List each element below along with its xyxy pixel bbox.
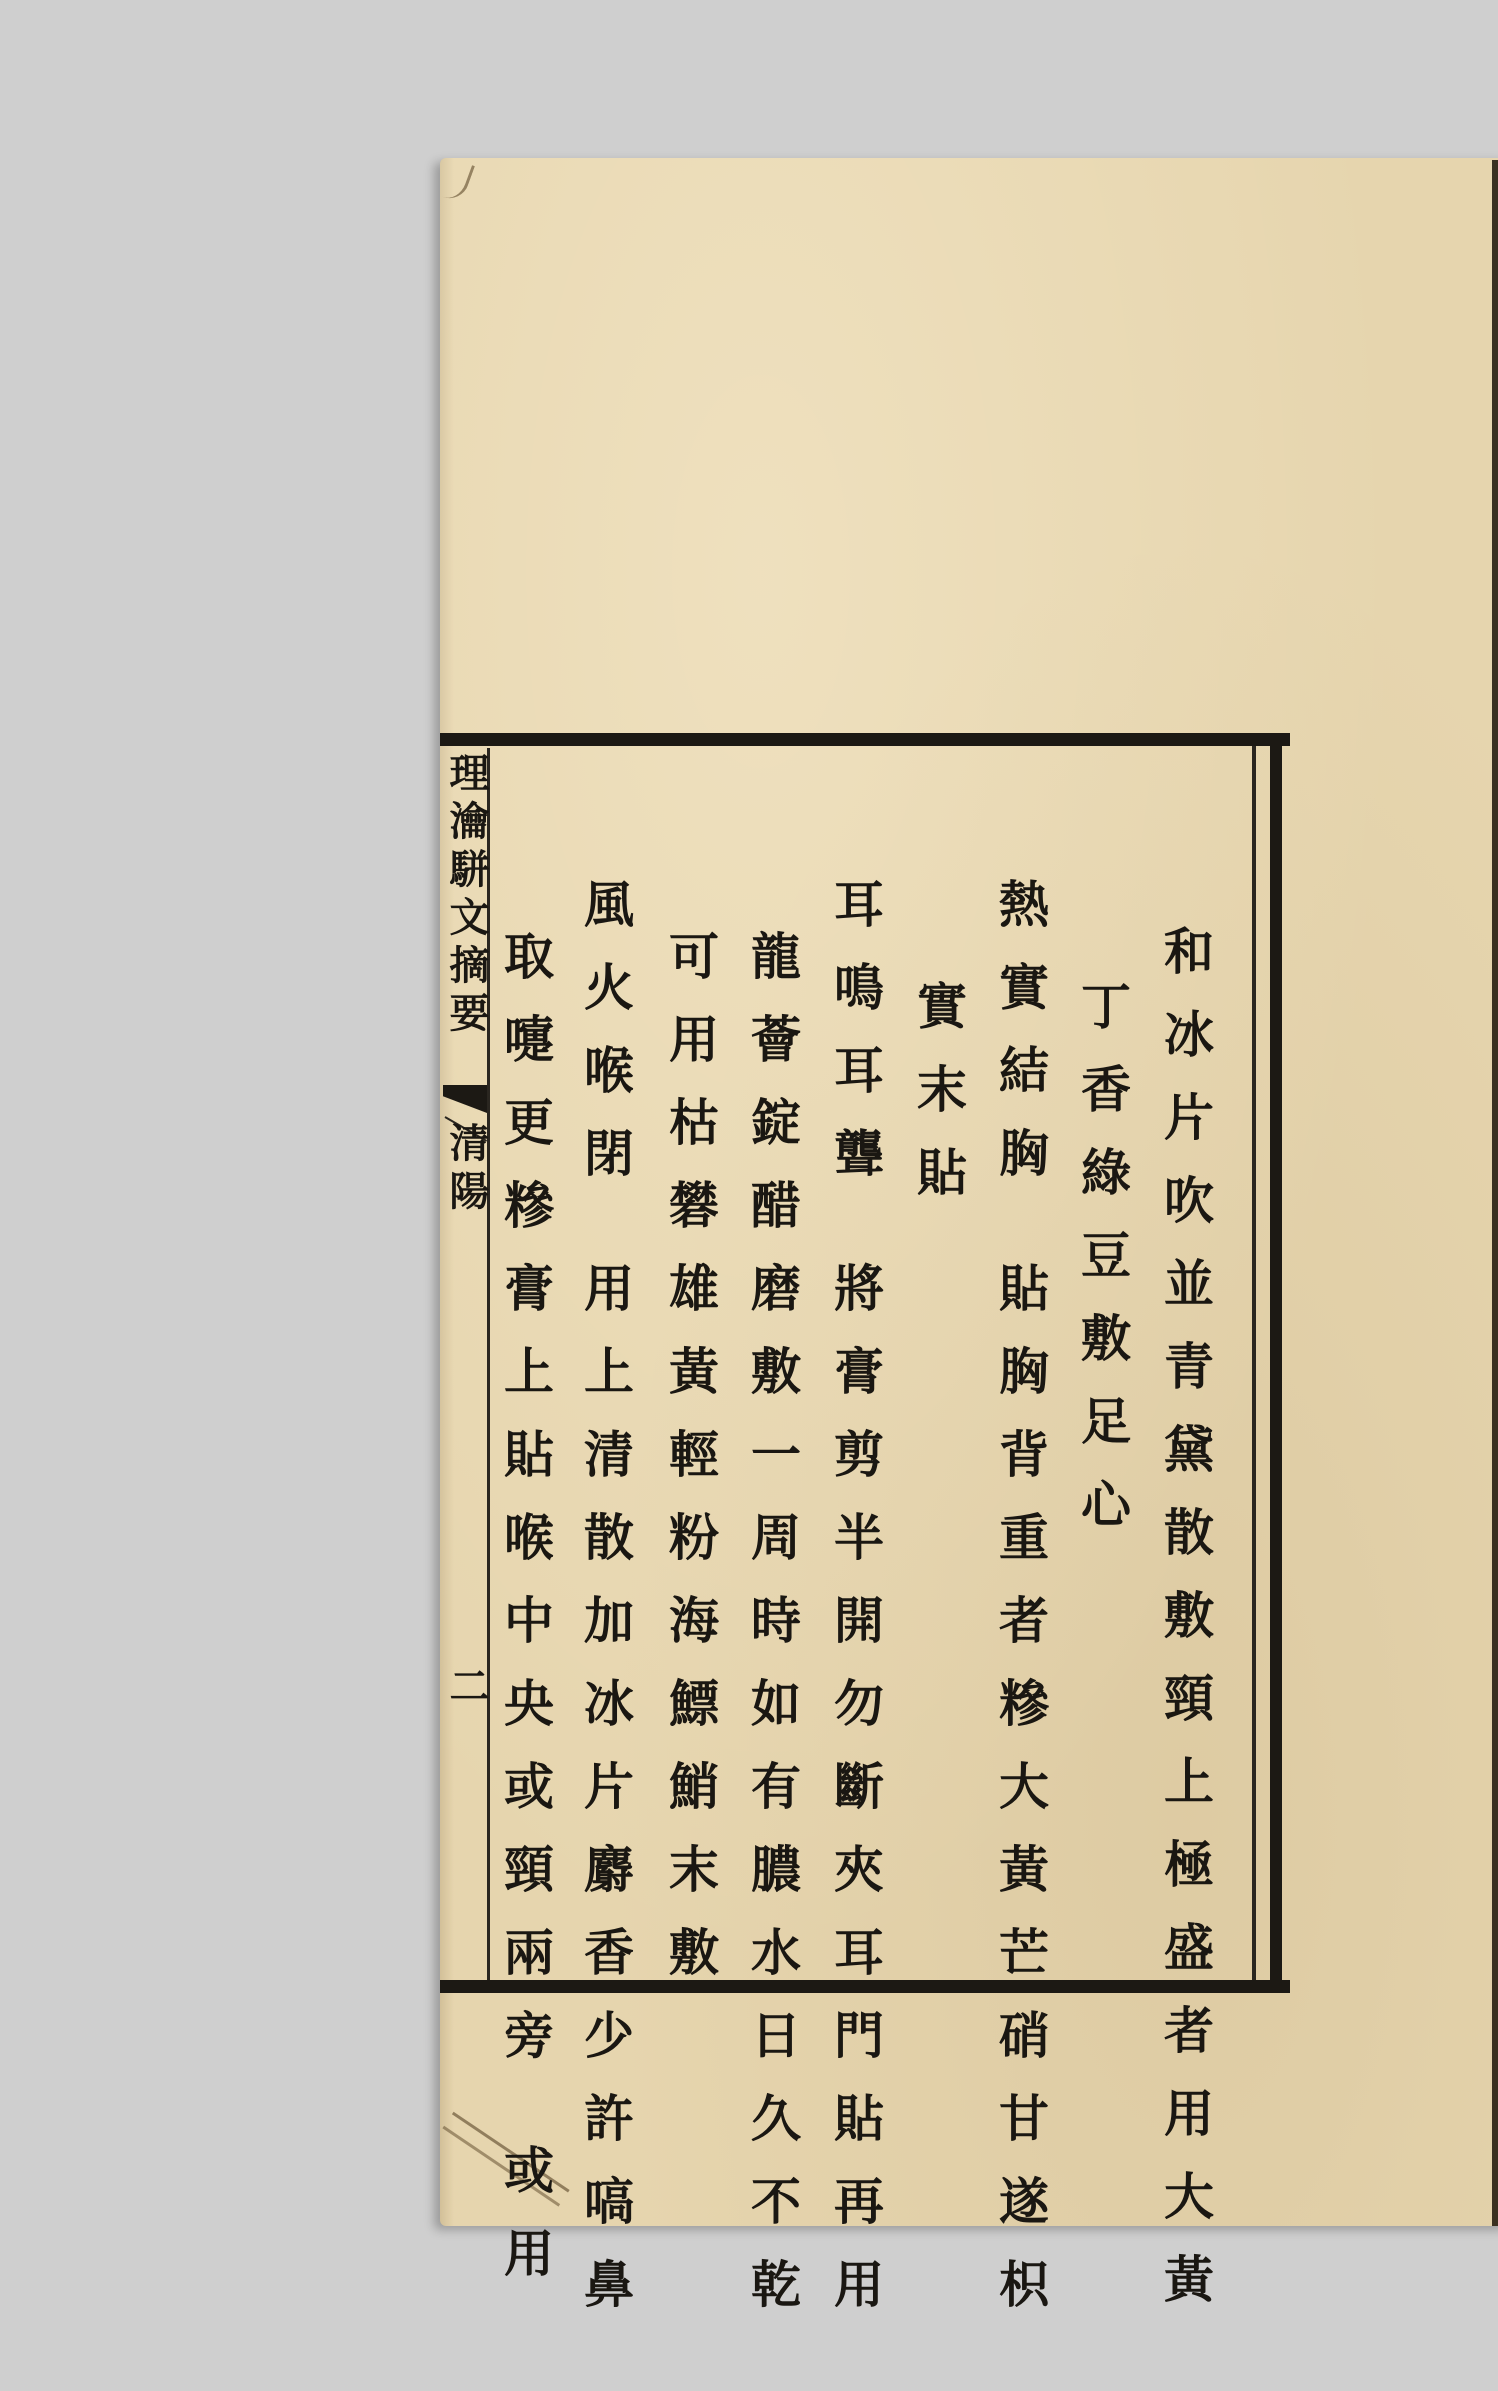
page-right-edge xyxy=(1492,160,1498,2226)
column-text: 將膏剪半開勿斷夾耳門貼再用 xyxy=(826,1262,885,2341)
column-text: 龍薈錠醋磨敷一周時如有膿水日久不乾 xyxy=(743,930,802,2341)
column-text: 和冰片吹並青黛散敷頸上極盛者用大黃 xyxy=(1156,925,1215,2336)
text-column-3: 熱實結胸貼胸背重者糝大黃芒硝甘遂枳 xyxy=(992,878,1048,2341)
frame-border-right xyxy=(1270,733,1282,1993)
column-text: 用上清散加冰片麝香少許嗃鼻 xyxy=(576,1262,635,2341)
text-column-2: 丁香綠豆敷足心 xyxy=(1074,980,1130,1561)
text-column-9: 取嚏更糝膏上貼喉中央或頸兩旁或用 xyxy=(497,930,553,2310)
text-column-1: 和冰片吹並青黛散敷頸上極盛者用大黃 xyxy=(1157,925,1213,2336)
text-column-8: 風火喉閉用上清散加冰片麝香少許嗃鼻 xyxy=(577,878,633,2341)
entry-heading: 風火喉閉 xyxy=(576,878,635,1210)
entry-heading: 熱實結胸 xyxy=(991,878,1050,1210)
frame-border-top xyxy=(440,733,1290,746)
column-text: 實末貼 xyxy=(909,980,968,1229)
margin-page-number: 二 xyxy=(444,1665,488,1713)
text-column-5: 耳鳴耳聾將膏剪半開勿斷夾耳門貼再用 xyxy=(827,878,883,2341)
frame-inner-line xyxy=(1252,746,1256,1980)
column-text: 可用枯礬雄黃輕粉海鰾鮹末敷 xyxy=(661,930,720,2009)
column-tail: 或用 xyxy=(496,2144,555,2310)
column-text: 取嚏更糝膏上貼喉中央或頸兩旁 xyxy=(496,930,555,2092)
text-column-6: 龍薈錠醋磨敷一周時如有膿水日久不乾 xyxy=(744,930,800,2341)
text-column-7: 可用枯礬雄黃輕粉海鰾鮹末敷 xyxy=(662,930,718,2009)
margin-section: 清陽 xyxy=(444,1122,488,1218)
margin-title: 理瀹駢文摘要 xyxy=(444,752,488,1040)
column-text: 丁香綠豆敷足心 xyxy=(1073,980,1132,1561)
text-column-4: 實末貼 xyxy=(910,980,966,1229)
column-text: 貼胸背重者糝大黃芒硝甘遂枳 xyxy=(991,1262,1050,2341)
entry-heading: 耳鳴耳聾 xyxy=(826,878,885,1210)
